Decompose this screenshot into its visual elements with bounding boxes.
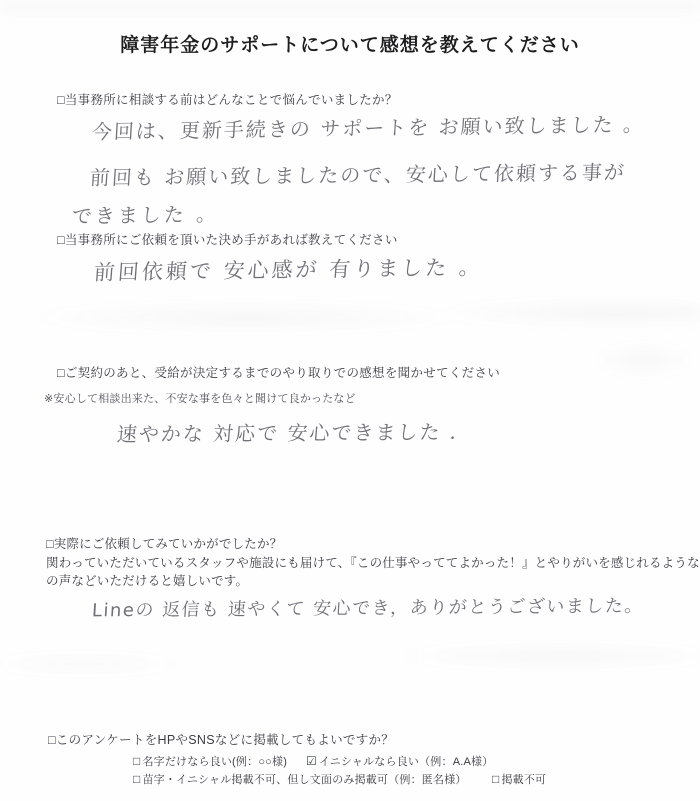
question-4-description-line-2: の声などいただけると嬉しいです。 <box>46 572 700 591</box>
publish-option-not-allowed: □掲載不可 <box>492 771 546 787</box>
handwritten-answer-1-line-1: 今回は、更新手続きの サポートを お願い致しました 。 <box>91 108 646 145</box>
option-label: イニシャルなら良い（例：A.A様） <box>319 753 493 769</box>
checkbox-unchecked-icon: □ <box>133 755 140 767</box>
question-4-block: □実際にご依頼してみていかがでしたか？ 関わっていただいているスタッフや施設にも… <box>46 535 700 591</box>
checkbox-unchecked-icon: □ <box>492 773 499 785</box>
option-label: 名字だけなら良い(例：○○様) <box>142 753 287 769</box>
question-4-description-line-1: 関わっていただいているスタッフや施設にも届けて、『この仕事やっててよかった！』と… <box>46 554 700 573</box>
question-4-label: □実際にご依頼してみていかがでしたか？ <box>46 535 700 554</box>
handwritten-answer-1-line-3: できました 。 <box>71 198 220 230</box>
option-label: 苗字・イニシャル掲載不可、但し文面のみ掲載可（例：匿名様） <box>142 771 466 787</box>
scan-smudge <box>0 295 700 340</box>
publish-option-initials-ok: ☑イニシャルなら良い（例：A.A様） <box>306 753 493 769</box>
handwritten-answer-3: 速やかな 対応で 安心できました ． <box>116 416 473 447</box>
publish-option-text-only: □苗字・イニシャル掲載不可、但し文面のみ掲載可（例：匿名様） <box>133 771 467 787</box>
checkbox-unchecked-icon: □ <box>133 773 140 785</box>
scan-smudge <box>0 640 700 680</box>
option-label: 掲載不可 <box>501 771 546 787</box>
scanned-survey-sheet: 障害年金のサポートについて感想を教えてください □当事務所に相談する前はどんなこ… <box>0 0 700 801</box>
question-5-label: □このアンケートをHPやSNSなどに掲載してもよいですか？ <box>48 730 394 748</box>
publish-option-surname-only: □名字だけなら良い(例：○○様) <box>133 753 287 769</box>
handwritten-answer-1-line-2: 前回も お願い致しましたので、安心して依頼する事が <box>89 156 627 191</box>
scan-smudge <box>0 0 700 18</box>
question-3-note: ※安心して相談出来た、不安な事を色々と聞けて良かったなど <box>44 390 356 406</box>
page-title: 障害年金のサポートについて感想を教えてください <box>0 30 700 57</box>
question-2-label: □当事務所にご依頼を頂いた決め手があれば教えてください <box>57 230 398 248</box>
handwritten-answer-2: 前回依頼で 安心感が 有りました 。 <box>93 251 484 286</box>
question-1-label: □当事務所に相談する前はどんなことで悩んでいましたか？ <box>57 90 398 108</box>
question-3-label: □ご契約のあと、受給が決定するまでのやり取りでの感想を聞かせてください <box>57 363 500 381</box>
scan-smudge <box>560 330 700 390</box>
checkbox-checked-icon: ☑ <box>306 755 317 767</box>
handwritten-answer-4: Lineの 返信も 速やくて 安心でき，ありがとうございました。 <box>91 592 645 623</box>
